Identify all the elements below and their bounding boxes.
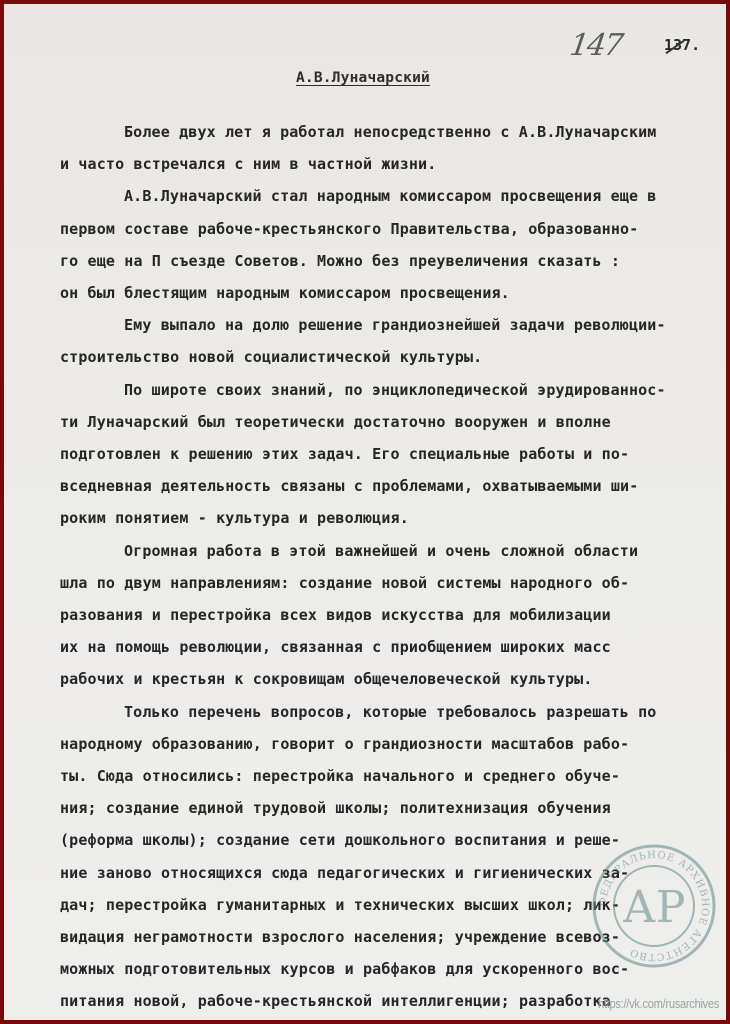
text-line: Более двух лет я работал непосредственно… bbox=[60, 116, 720, 148]
text-line: го еще на П съезде Советов. Можно без пр… bbox=[60, 245, 720, 277]
handwritten-page-number: 147 bbox=[568, 28, 624, 63]
text-line: народному образованию, говорит о грандио… bbox=[60, 728, 720, 760]
text-line: ния; создание единой трудовой школы; пол… bbox=[60, 792, 720, 824]
text-line: Только перечень вопросов, которые требов… bbox=[60, 696, 720, 728]
text-line: ти Луначарский был теоретически достаточ… bbox=[60, 406, 720, 438]
text-line: разования и перестройка всех видов искус… bbox=[60, 599, 720, 631]
text-line: он был блестящим народным комиссаром про… bbox=[60, 277, 720, 309]
text-line: и часто встречался с ним в частной жизни… bbox=[60, 148, 720, 180]
text-line: роким понятием - культура и революция. bbox=[60, 502, 720, 534]
text-line: их на помощь революции, связанная с прио… bbox=[60, 631, 720, 663]
watermark-url: https://vk.com/rusarchives bbox=[598, 996, 719, 1011]
text-line: подготовлен к решению этих задач. Его сп… bbox=[60, 438, 720, 470]
document-page: 147 137. А.В.Луначарский Более двух лет … bbox=[4, 4, 726, 1020]
text-line: вседневная деятельность связаны с пробле… bbox=[60, 470, 720, 502]
text-line: Ему выпало на долю решение грандиознейше… bbox=[60, 309, 720, 341]
text-line: А.В.Луначарский стал народным комиссаром… bbox=[60, 180, 720, 212]
text-line: строительство новой социалистической кул… bbox=[60, 341, 720, 373]
document-title: А.В.Луначарский bbox=[296, 70, 430, 86]
text-line: По широте своих знаний, по энциклопедиче… bbox=[60, 374, 720, 406]
svg-text:АР: АР bbox=[623, 882, 686, 933]
text-line: шла по двум направлениям: создание новой… bbox=[60, 567, 720, 599]
text-line: первом составе рабоче-крестьянского Прав… bbox=[60, 213, 720, 245]
text-line: Огромная работа в этой важнейшей и очень… bbox=[60, 535, 720, 567]
archive-seal-icon: ФЕДЕРАЛЬНОЕ АРХИВНОЕ АГЕНТСТВО АР bbox=[590, 842, 718, 970]
text-line: ты. Сюда относились: перестройка начальн… bbox=[60, 760, 720, 792]
text-line: рабочих и крестьян к сокровищам общечело… bbox=[60, 663, 720, 695]
typed-page-number: 137. bbox=[664, 36, 700, 54]
